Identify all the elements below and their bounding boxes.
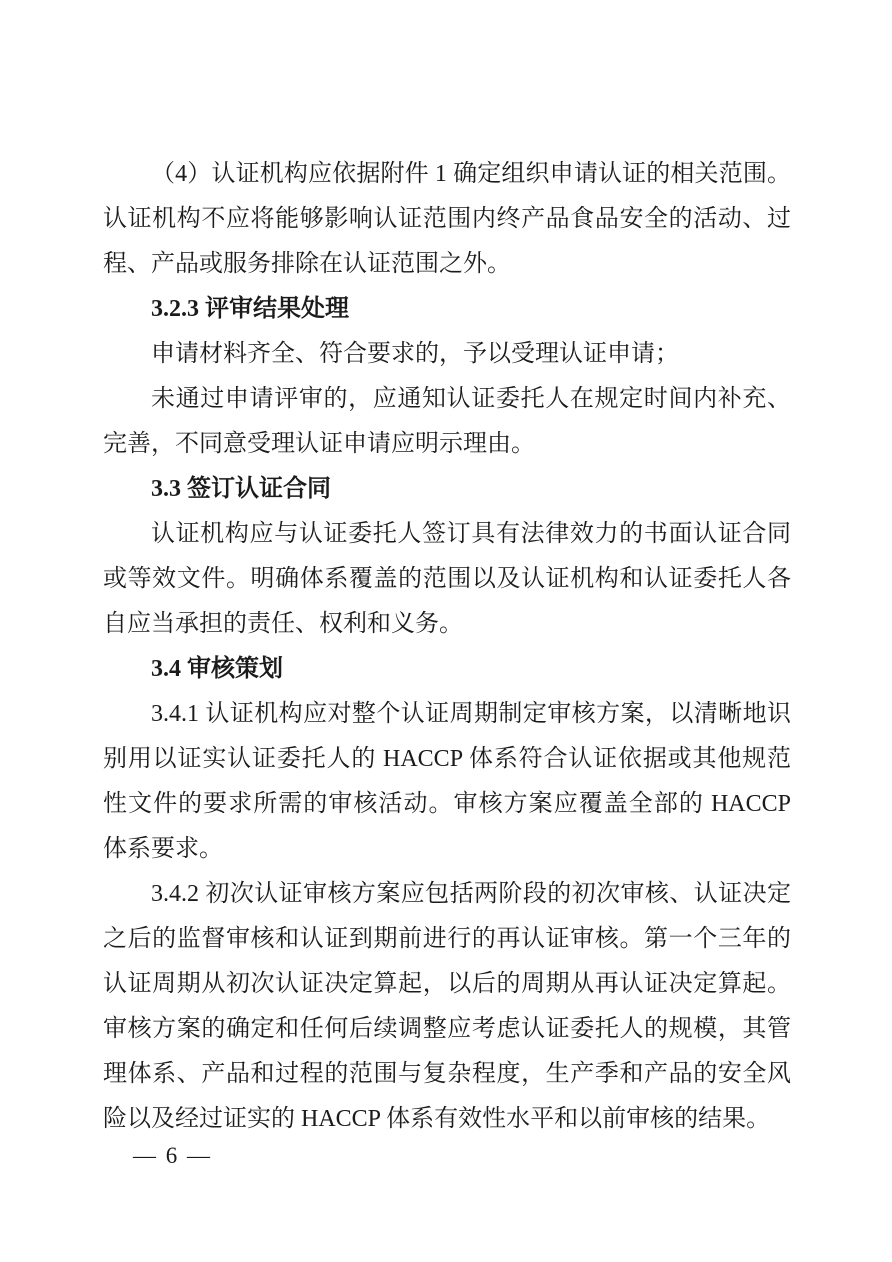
- paragraph-contract: 认证机构应与认证委托人签订具有法律效力的书面认证合同或等效文件。明确体系覆盖的范…: [103, 512, 791, 647]
- document-body: （4）认证机构应依据附件 1 确定组织申请认证的相关范围。认证机构不应将能够影响…: [103, 152, 791, 1142]
- paragraph-review-reject: 未通过申请评审的，应通知认证委托人在规定时间内补充、完善，不同意受理认证申请应明…: [103, 377, 791, 467]
- paragraph-initial-certification-audit: 3.4.2 初次认证审核方案应包括两阶段的初次审核、认证决定之后的监督审核和认证…: [103, 872, 791, 1142]
- section-heading-3-2-3: 3.2.3 评审结果处理: [103, 287, 791, 332]
- section-heading-3-4: 3.4 审核策划: [103, 647, 791, 692]
- paragraph-audit-programme: 3.4.1 认证机构应对整个认证周期制定审核方案，以清晰地识别用以证实认证委托人…: [103, 692, 791, 872]
- paragraph-application-scope: （4）认证机构应依据附件 1 确定组织申请认证的相关范围。认证机构不应将能够影响…: [103, 152, 791, 287]
- section-heading-3-3: 3.3 签订认证合同: [103, 467, 791, 512]
- document-page: （4）认证机构应依据附件 1 确定组织申请认证的相关范围。认证机构不应将能够影响…: [0, 0, 892, 1262]
- page-number: — 6 —: [133, 1140, 212, 1172]
- paragraph-review-accept: 申请材料齐全、符合要求的，予以受理认证申请；: [103, 332, 791, 377]
